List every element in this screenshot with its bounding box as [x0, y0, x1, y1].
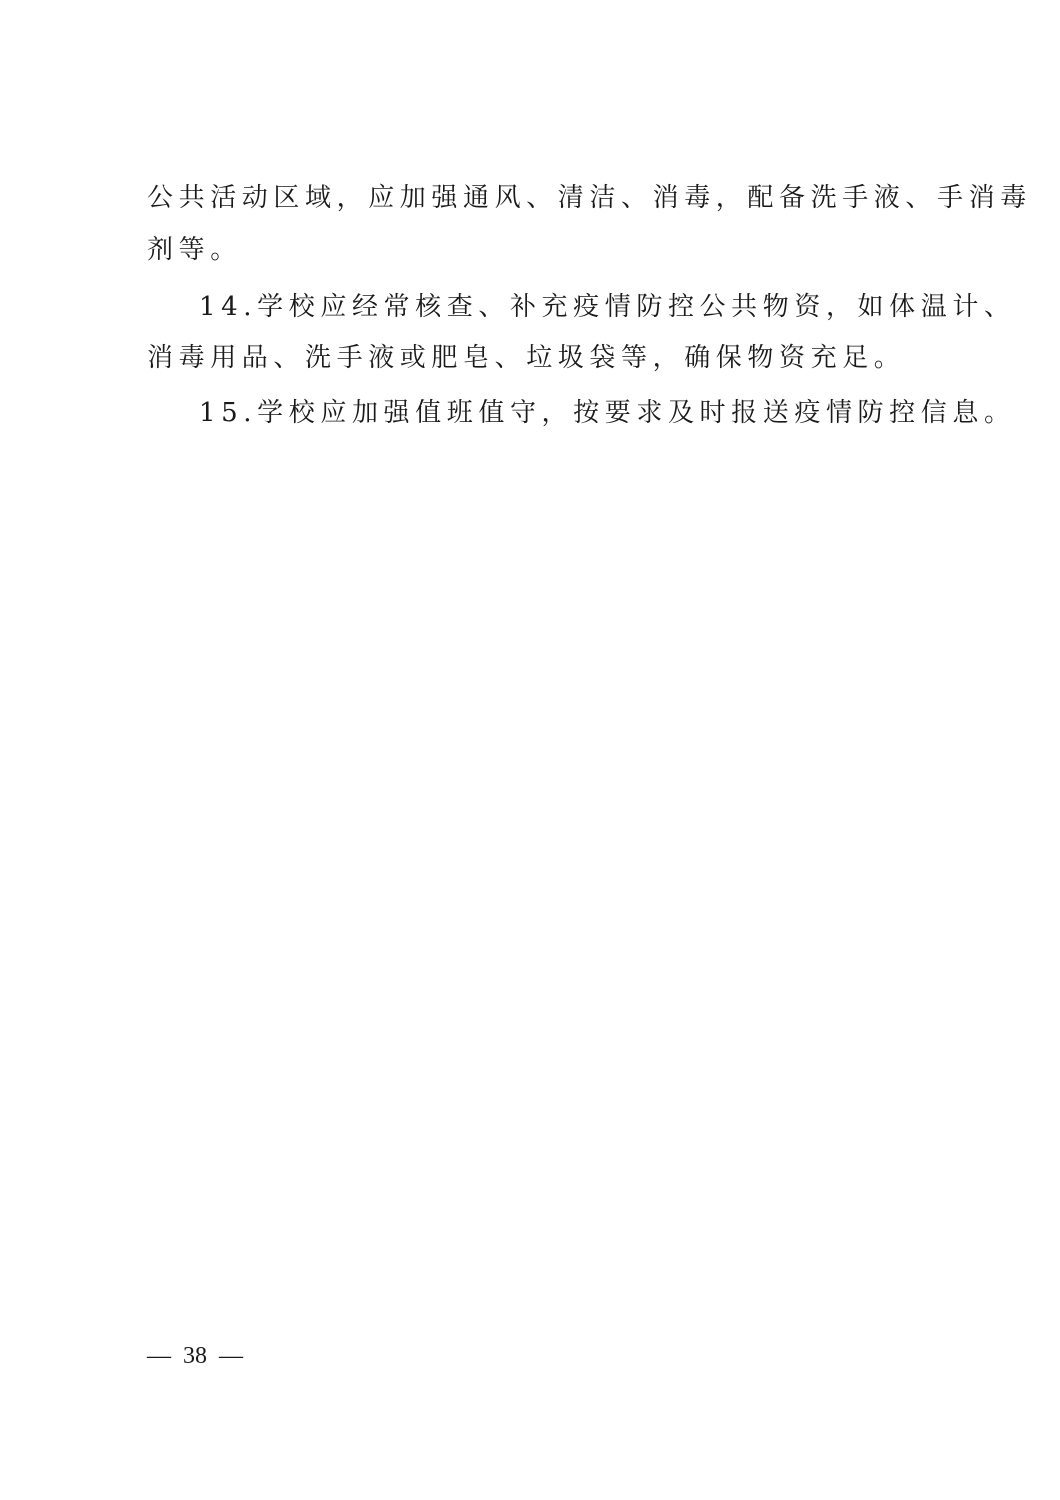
page-number: — 38 — [147, 1342, 243, 1370]
paragraph-continuation-line-1: 公共活动区域，应加强通风、清洁、消毒，配备洗手液、手消毒 [147, 183, 927, 213]
document-page: 公共活动区域，应加强通风、清洁、消毒，配备洗手液、手消毒 剂等。 14.学校应经… [0, 0, 1060, 1500]
item-14-line-1: 14.学校应经常核查、补充疫情防控公共物资，如体温计、 [199, 292, 979, 322]
item-14-line-2: 消毒用品、洗手液或肥皂、垃圾袋等，确保物资充足。 [147, 343, 927, 373]
item-15-line-1: 15.学校应加强值班值守，按要求及时报送疫情防控信息。 [199, 398, 979, 428]
paragraph-continuation-line-2: 剂等。 [147, 235, 927, 265]
